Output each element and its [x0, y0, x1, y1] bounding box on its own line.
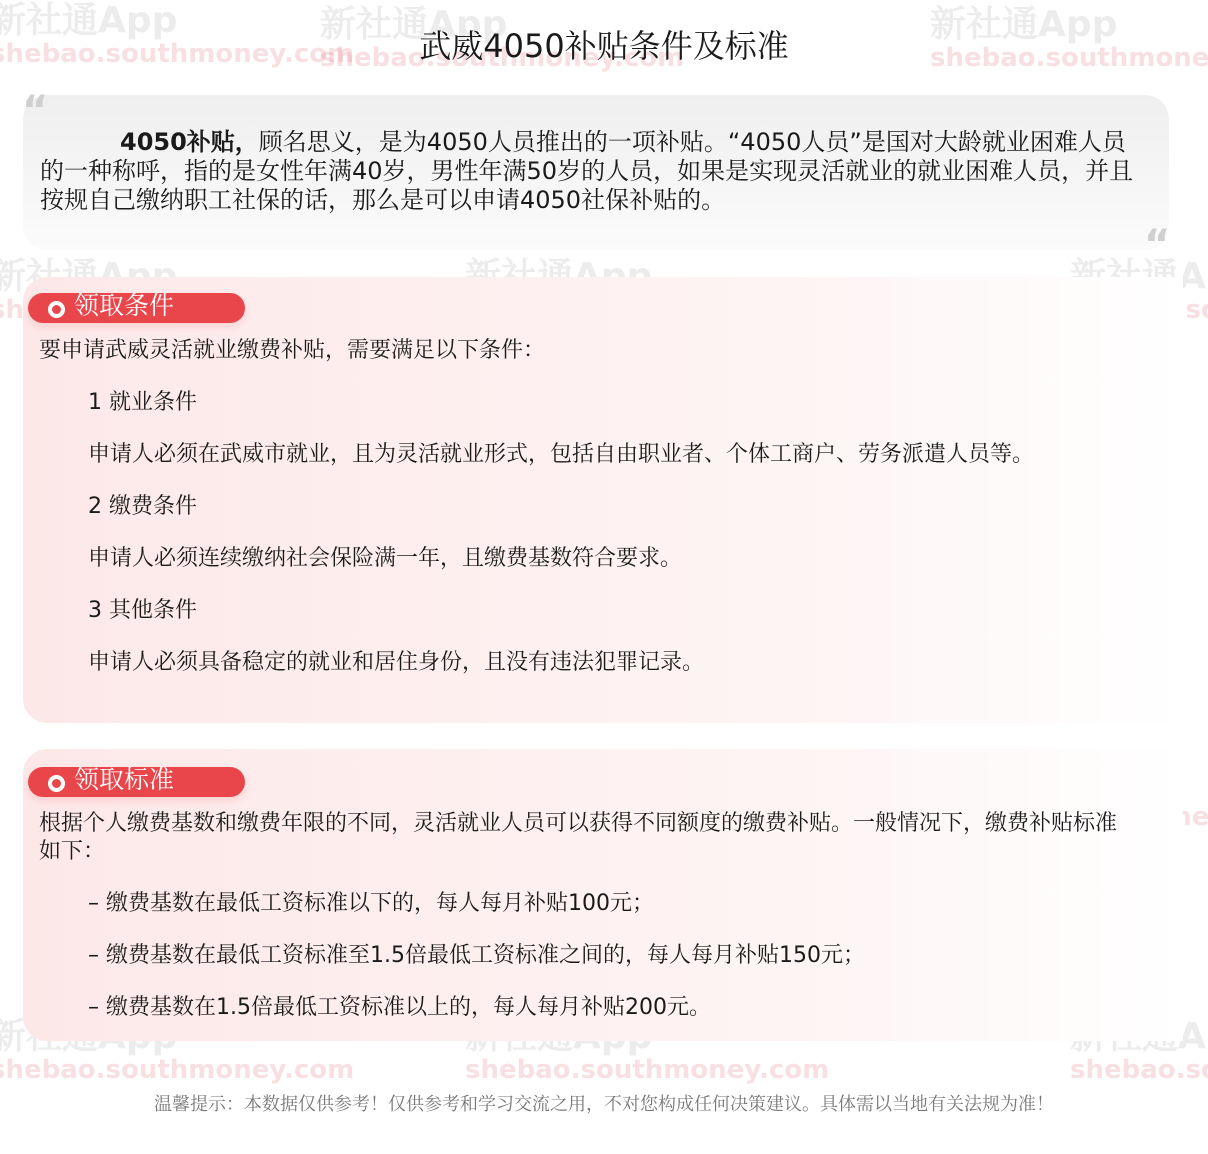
condition-label: 1 就业条件 — [88, 389, 197, 417]
circle-icon — [48, 301, 65, 318]
section-heading-standards: 领取标准 — [28, 767, 245, 797]
standard-item: – 缴费基数在最低工资标准至1.5倍最低工资标准之间的，每人每月补贴150元； — [88, 942, 865, 970]
standards-lead: 根据个人缴费基数和缴费年限的不同，灵活就业人员可以获得不同额度的缴费补贴。一般情… — [39, 810, 1129, 866]
condition-label: 2 缴费条件 — [88, 493, 197, 521]
section-heading-conditions: 领取条件 — [28, 293, 245, 323]
standard-item: – 缴费基数在1.5倍最低工资标准以上的，每人每月补贴200元。 — [88, 994, 711, 1022]
page-title: 武威4050补贴条件及标准 — [0, 24, 1208, 68]
section-heading-label: 领取条件 — [74, 291, 174, 321]
intro-paragraph: 4050补贴，顾名思义，是为4050人员推出的一项补贴。“4050人员”是国对大… — [40, 128, 1140, 215]
condition-detail: 申请人必须具备稳定的就业和居住身份，且没有违法犯罪记录。 — [88, 649, 704, 677]
standard-item: – 缴费基数在最低工资标准以下的，每人每月补贴100元； — [88, 890, 654, 918]
section-heading-label: 领取标准 — [74, 765, 174, 795]
condition-label: 3 其他条件 — [88, 597, 197, 625]
close-quote-icon: “ — [1144, 222, 1170, 268]
condition-detail: 申请人必须在武威市就业，且为灵活就业形式，包括自由职业者、个体工商户、劳务派遣人… — [88, 441, 1034, 469]
circle-icon — [48, 775, 65, 792]
condition-detail: 申请人必须连续缴纳社会保险满一年，且缴费基数符合要求。 — [88, 545, 682, 573]
conditions-lead: 要申请武威灵活就业缴费补贴，需要满足以下条件： — [39, 337, 545, 365]
intro-bold-term: 4050补贴， — [120, 128, 259, 156]
footer-notice: 温馨提示：本数据仅供参考！仅供参考和学习交流之用，不对您构成任何决策建议。具体需… — [0, 1092, 1208, 1118]
